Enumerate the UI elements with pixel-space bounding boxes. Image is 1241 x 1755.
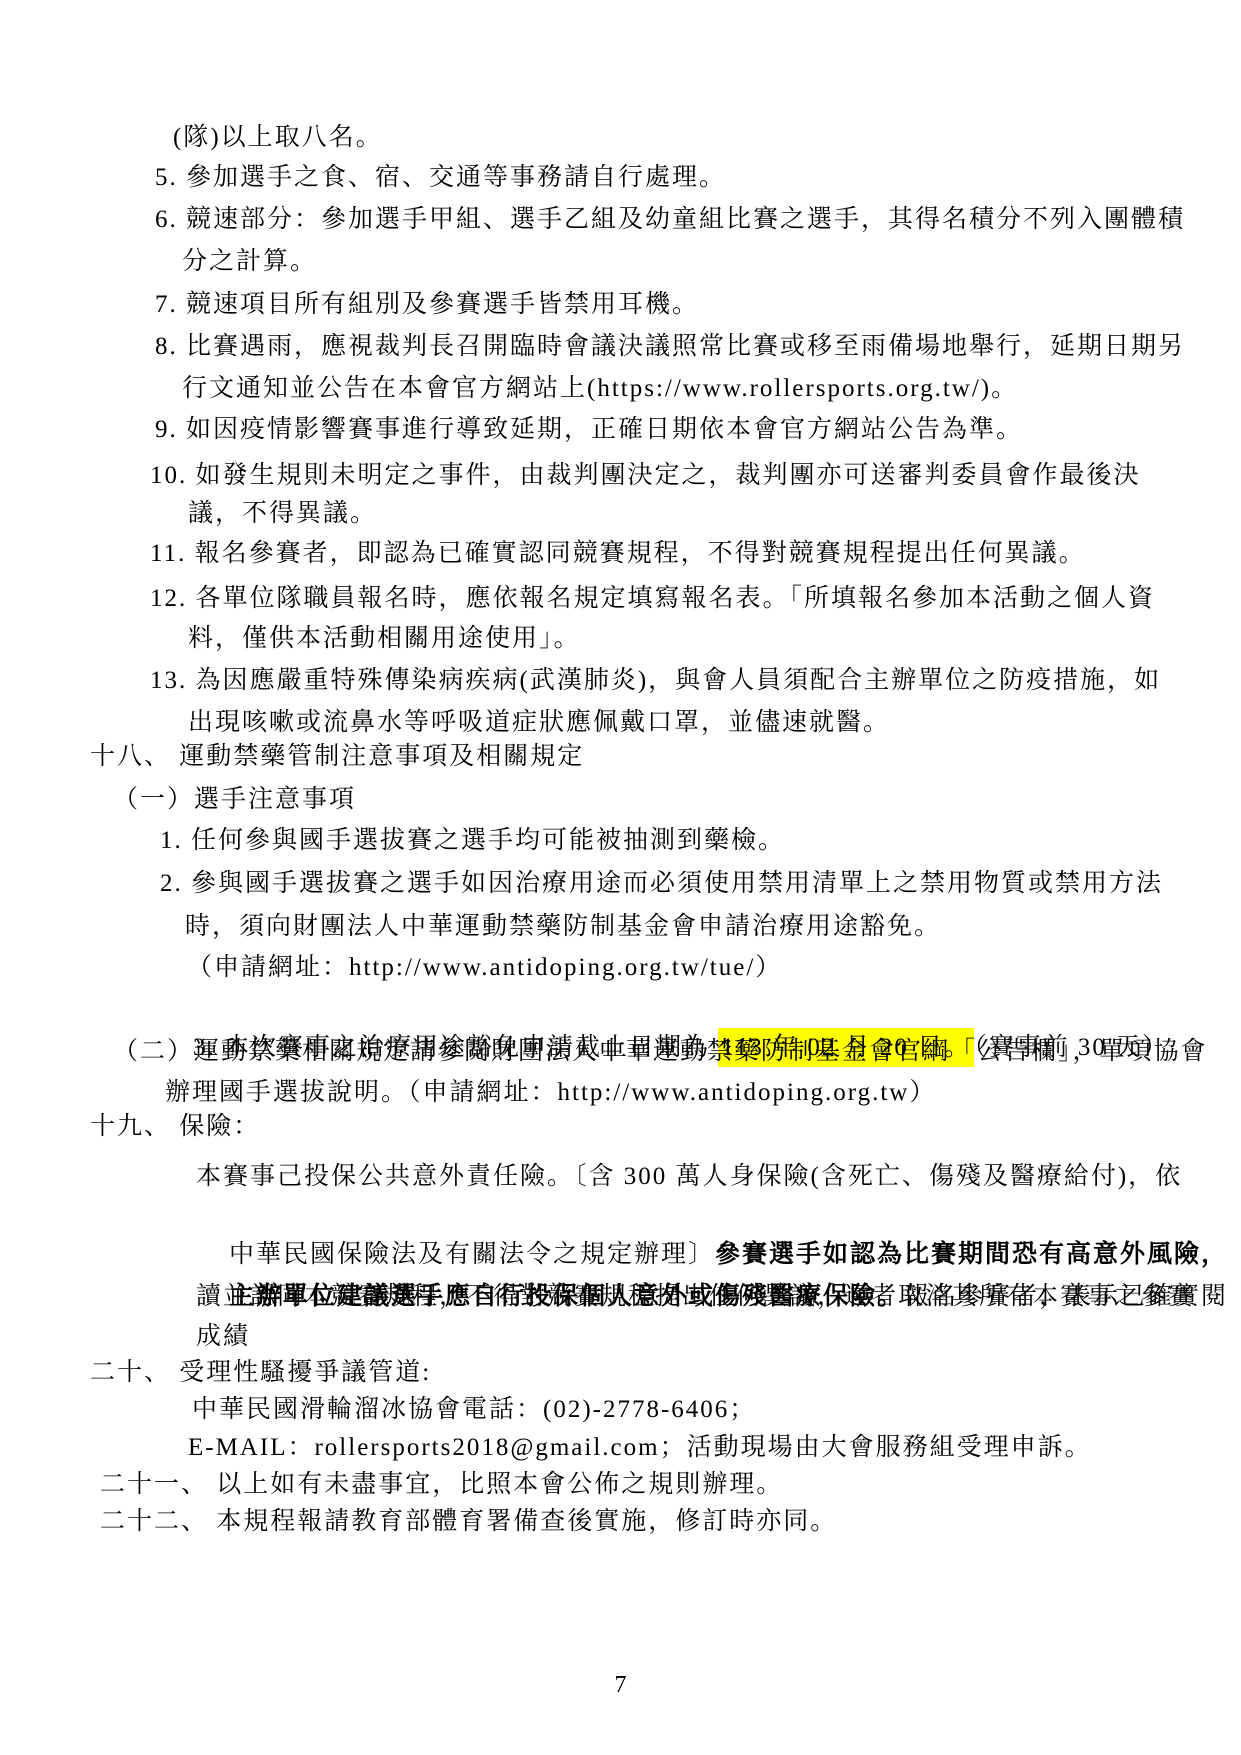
doping-item-2-continuation: 時，須向財團法人中華運動禁藥防制基金會申請治療用途豁免。: [185, 907, 941, 947]
insurance-line-3: 主辦單位建議選手應自行投保個人意外或傷殘醫療保險。報名參賽者，表示已確實閱: [196, 1237, 1228, 1277]
section-18-heading: 十八、 運動禁藥管制注意事項及相關規定: [90, 737, 584, 777]
rule-item-7: 7. 競速項目所有組別及參賽選手皆禁用耳機。: [155, 285, 699, 325]
document-page: (隊)以上取八名。 5. 參加選手之食、宿、交通等事務請自行處理。 6. 競速部…: [0, 0, 1241, 1755]
page-number: 7: [0, 1668, 1241, 1702]
insurance-line-2: 中華民國保險法及有關法令之規定辦理〕參賽選手如認為比賽期間恐有高意外風險，: [196, 1195, 1228, 1235]
rule-item-4-continuation: (隊)以上取八名。: [173, 118, 383, 158]
subsection-18-2-continuation-url: 辦理國手選拔說明。（申請網址：http://www.antidoping.org…: [165, 1073, 936, 1113]
rule-item-12: 12. 各單位隊職員報名時，應依報名規定填寫報名表。「所填報名參加本活動之個人資: [150, 579, 1155, 619]
rule-item-8-continuation-url: 行文通知並公告在本會官方網站上(https://www.rollersports…: [182, 369, 1018, 409]
doping-item-2: 2. 參與國手選拔賽之選手如因治療用途而必須使用禁用清單上之禁用物質或禁用方法: [160, 864, 1163, 904]
rule-item-13: 13. 為因應嚴重特殊傳染病疾病(武漢肺炎)，與會人員須配合主辦單位之防疫措施，…: [150, 661, 1161, 701]
subsection-18-2: （二）運動禁藥相關規定請參閱財團法人中華運動禁藥防制基金會官綱「公告欄」，單項協…: [113, 1032, 1208, 1072]
doping-item-1: 1. 任何參與國手選拔賽之選手均可能被抽測到藥檢。: [160, 821, 785, 861]
insurance-line-1: 本賽事己投保公共意外責任險。〔含 300 萬人身保險(含死亡、傷殘及醫療給付)，…: [196, 1157, 1182, 1197]
phone-line: 中華民國滑輪溜冰協會電話：(02)-2778-6406；: [192, 1390, 756, 1430]
rule-item-12-continuation: 料，僅供本活動相關用途使用」。: [188, 619, 581, 659]
section-19-heading: 十九、 保險：: [90, 1107, 260, 1147]
email-line: E-MAIL：rollersports2018@gmail.com；活動現場由大…: [188, 1428, 1092, 1468]
rule-item-10: 10. 如發生規則未明定之事件，由裁判團決定之，裁判團亦可送審判委員會作最後決: [150, 456, 1141, 496]
section-21: 二十一、 以上如有未盡事宜，比照本會公佈之規則辦理。: [100, 1465, 783, 1505]
rule-item-6: 6. 競速部分：參加選手甲組、選手乙組及幼童組比賽之選手，其得名積分不列入團體積: [155, 200, 1185, 240]
insurance-line-4: 讀並認同本競賽規程，不得對競賽規程提出任何異議，違者取消其所有本賽事之參賽: [196, 1277, 1195, 1317]
doping-item-3-deadline: 3. 本次賽事之治療用途豁免申請截止日期為 113 年 02 月 20 日。（賽…: [160, 988, 1169, 1028]
subsection-18-1-heading: （一）選手注意事項: [113, 780, 356, 820]
rule-item-9: 9. 如因疫情影響賽事進行導致延期，正確日期依本會官方網站公告為準。: [155, 410, 1023, 450]
insurance-line-5: 成績: [196, 1317, 250, 1357]
rule-item-8: 8. 比賽遇雨，應視裁判長召開臨時會議決議照常比賽或移至雨備場地舉行，延期日期另: [155, 327, 1185, 367]
rule-item-10-continuation: 議，不得異議。: [188, 494, 377, 534]
section-22: 二十二、 本規程報請教育部體育署備查後實施，修訂時亦同。: [100, 1502, 837, 1542]
tue-application-url: （申請網址：http://www.antidoping.org.tw/tue/）: [187, 948, 782, 988]
section-20-heading: 二十、 受理性騷擾爭議管道:: [90, 1353, 431, 1393]
rule-item-5: 5. 參加選手之食、宿、交通等事務請自行處理。: [155, 158, 726, 198]
rule-item-6-continuation: 分之計算。: [182, 242, 317, 282]
rule-item-11: 11. 報名參賽者，即認為已確實認同競賽規程，不得對競賽規程提出任何異議。: [150, 534, 1086, 574]
